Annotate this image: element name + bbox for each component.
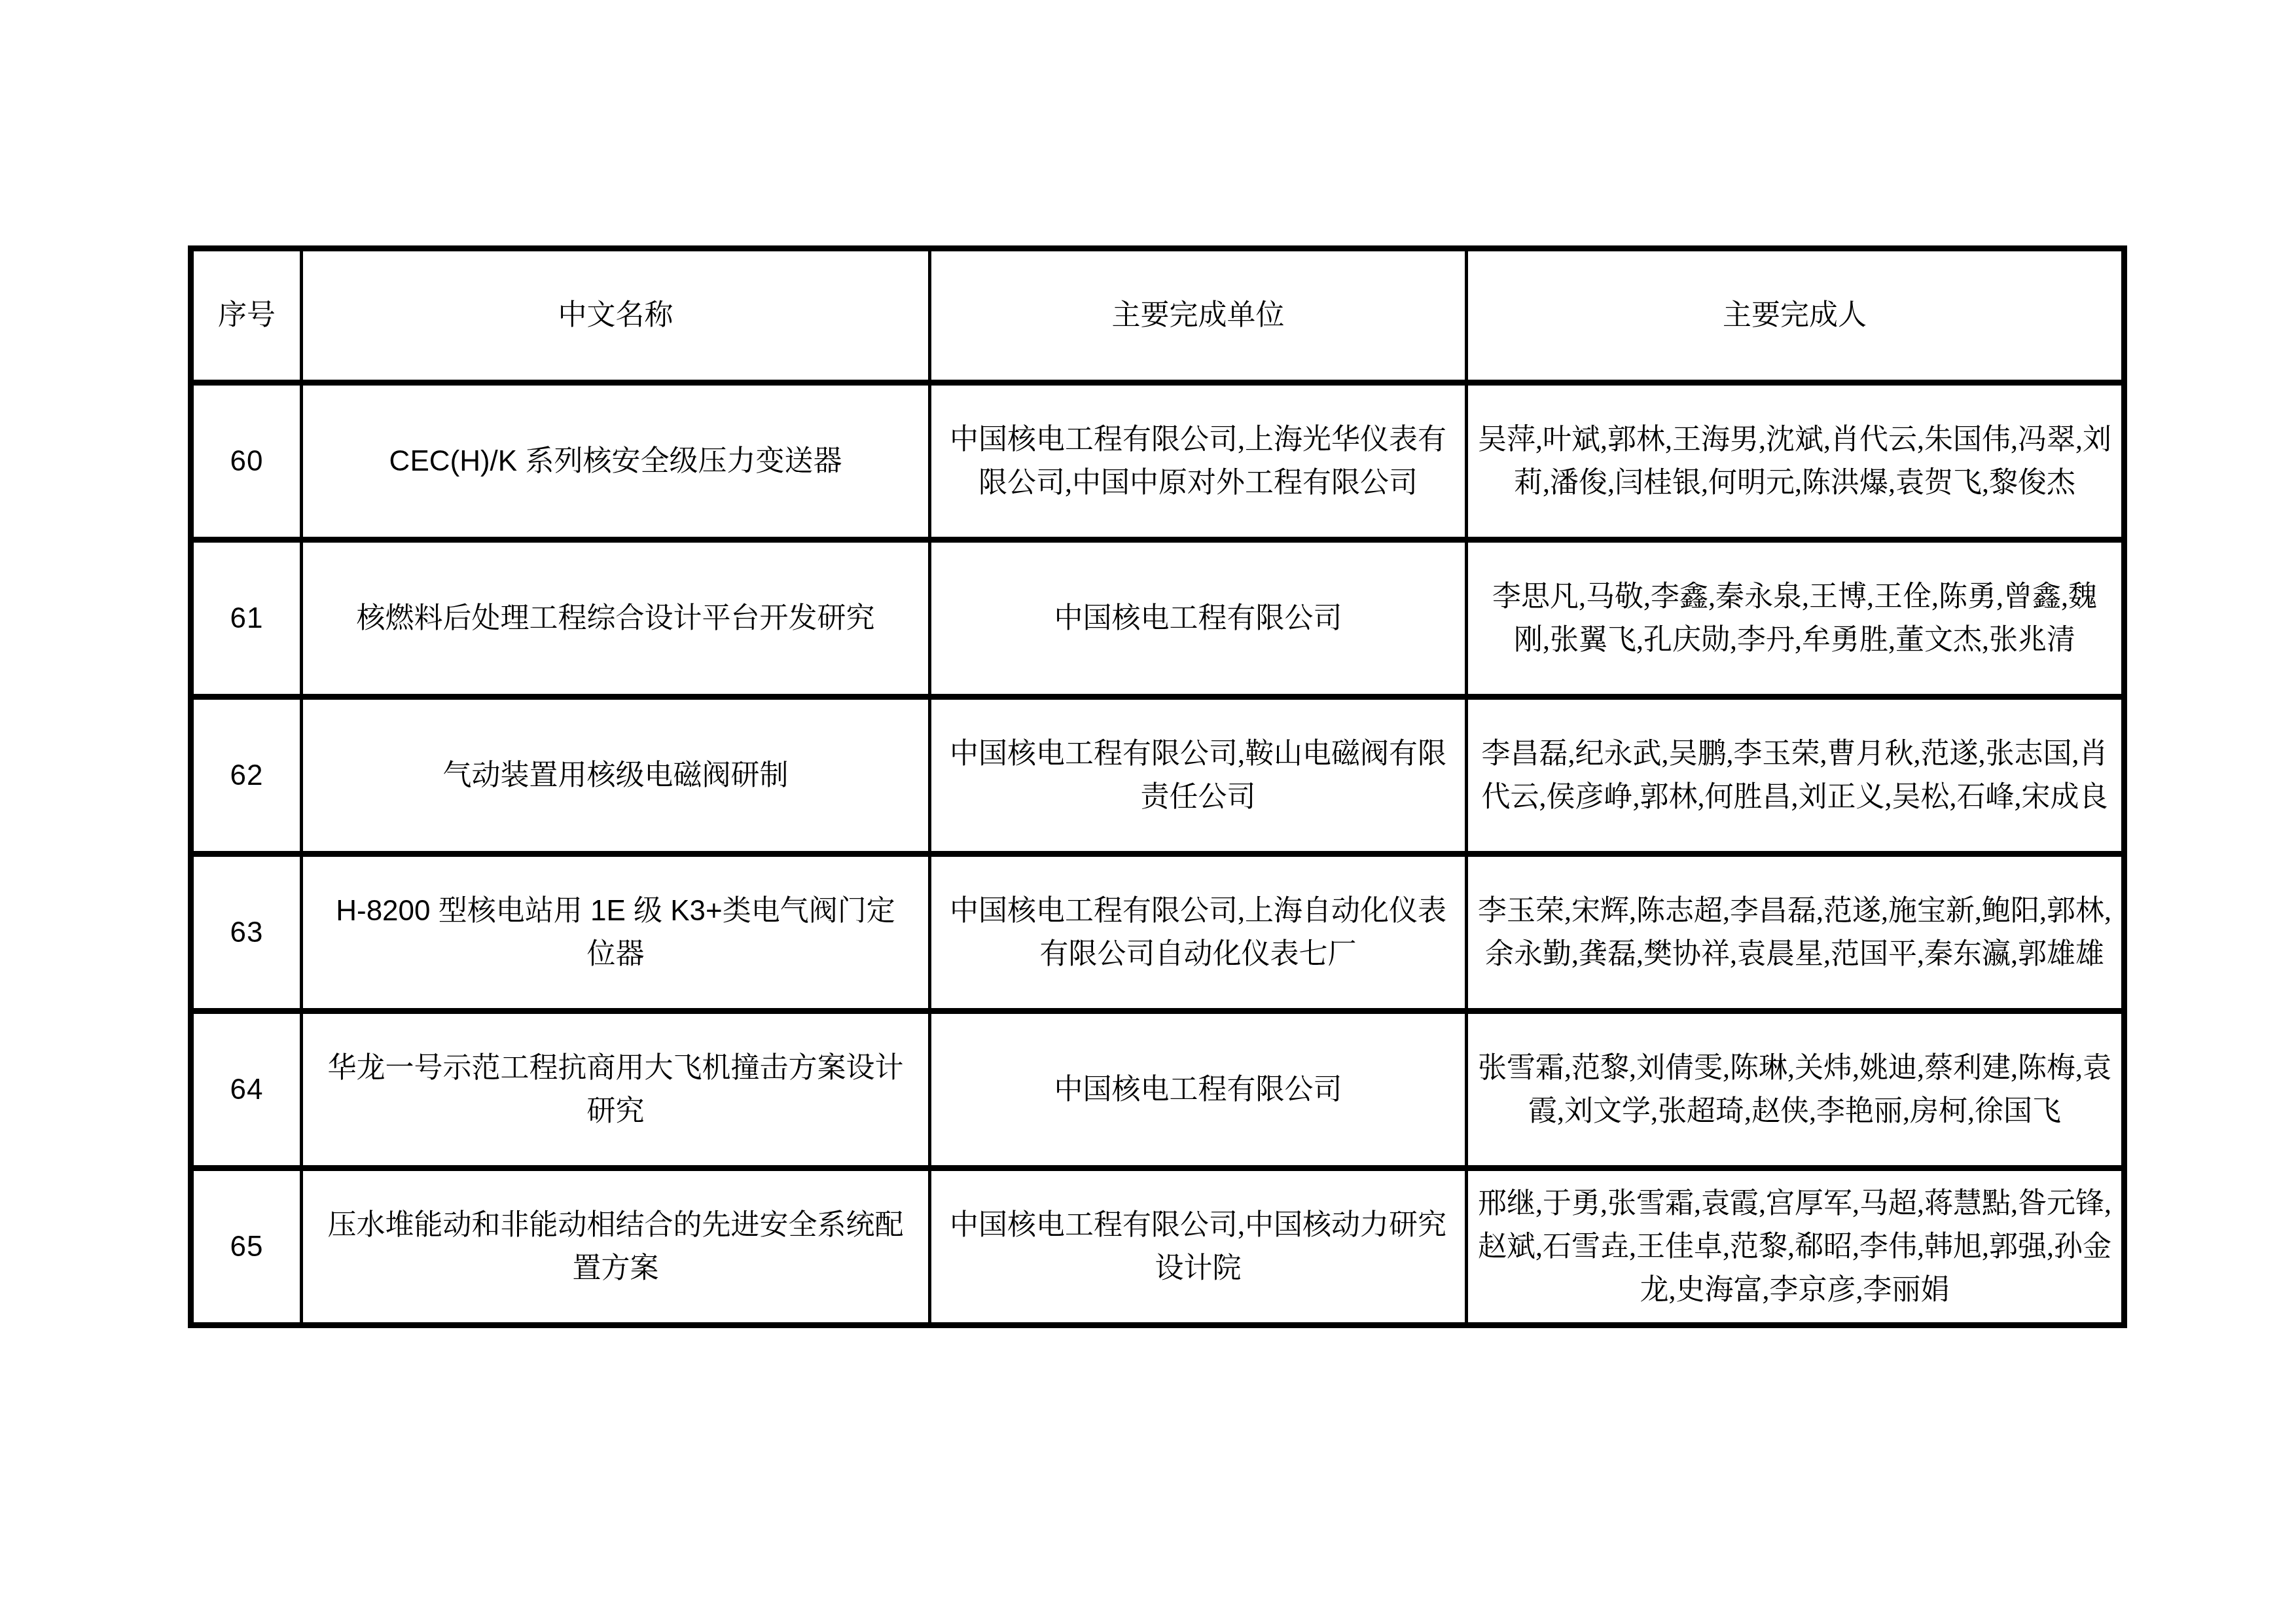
cell-no: 63 [191, 854, 302, 1011]
cell-name: 核燃料后处理工程综合设计平台开发研究 [302, 540, 930, 697]
cell-no: 62 [191, 697, 302, 854]
cell-units: 中国核电工程有限公司,鞍山电磁阀有限责任公司 [930, 697, 1467, 854]
header-cell-no: 序号 [191, 249, 302, 383]
cell-name: 华龙一号示范工程抗商用大飞机撞击方案设计研究 [302, 1011, 930, 1168]
cell-no: 61 [191, 540, 302, 697]
cell-no: 65 [191, 1168, 302, 1326]
table-row: 61 核燃料后处理工程综合设计平台开发研究 中国核电工程有限公司 李思凡,马敬,… [191, 540, 2125, 697]
cell-units: 中国核电工程有限公司 [930, 540, 1467, 697]
table-row: 60 CEC(H)/K 系列核安全级压力变送器 中国核电工程有限公司,上海光华仪… [191, 383, 2125, 540]
awards-table: 序号 中文名称 主要完成单位 主要完成人 60 CEC(H)/K 系列核安全级压… [188, 245, 2127, 1328]
table-row: 64 华龙一号示范工程抗商用大飞机撞击方案设计研究 中国核电工程有限公司 张雪霜… [191, 1011, 2125, 1168]
cell-units: 中国核电工程有限公司,中国核动力研究设计院 [930, 1168, 1467, 1326]
table-row: 62 气动装置用核级电磁阀研制 中国核电工程有限公司,鞍山电磁阀有限责任公司 李… [191, 697, 2125, 854]
cell-people: 张雪霜,范黎,刘倩雯,陈琳,关炜,姚迪,蔡利建,陈梅,袁霞,刘文学,张超琦,赵侠… [1467, 1011, 2125, 1168]
cell-units: 中国核电工程有限公司,上海光华仪表有限公司,中国中原对外工程有限公司 [930, 383, 1467, 540]
cell-no: 60 [191, 383, 302, 540]
cell-units: 中国核电工程有限公司,上海自动化仪表有限公司自动化仪表七厂 [930, 854, 1467, 1011]
table-header-row: 序号 中文名称 主要完成单位 主要完成人 [191, 249, 2125, 383]
cell-name: 气动装置用核级电磁阀研制 [302, 697, 930, 854]
cell-people: 李玉荣,宋辉,陈志超,李昌磊,范遂,施宝新,鲍阳,郭林,余永勤,龚磊,樊协祥,袁… [1467, 854, 2125, 1011]
cell-name: CEC(H)/K 系列核安全级压力变送器 [302, 383, 930, 540]
cell-name: 压水堆能动和非能动相结合的先进安全系统配置方案 [302, 1168, 930, 1326]
cell-no: 64 [191, 1011, 302, 1168]
document-page: 序号 中文名称 主要完成单位 主要完成人 60 CEC(H)/K 系列核安全级压… [0, 0, 2296, 1624]
cell-people: 李昌磊,纪永武,吴鹏,李玉荣,曹月秋,范遂,张志国,肖代云,侯彦峥,郭林,何胜昌… [1467, 697, 2125, 854]
table-row: 65 压水堆能动和非能动相结合的先进安全系统配置方案 中国核电工程有限公司,中国… [191, 1168, 2125, 1326]
cell-people: 李思凡,马敬,李鑫,秦永泉,王博,王佺,陈勇,曾鑫,魏刚,张翼飞,孔庆勋,李丹,… [1467, 540, 2125, 697]
header-cell-people: 主要完成人 [1467, 249, 2125, 383]
header-cell-units: 主要完成单位 [930, 249, 1467, 383]
cell-units: 中国核电工程有限公司 [930, 1011, 1467, 1168]
cell-name: H-8200 型核电站用 1E 级 K3+类电气阀门定位器 [302, 854, 930, 1011]
cell-people: 吴萍,叶斌,郭林,王海男,沈斌,肖代云,朱国伟,冯翠,刘莉,潘俊,闫桂银,何明元… [1467, 383, 2125, 540]
cell-people: 邢继,于勇,张雪霜,袁霞,宫厚军,马超,蒋慧點,昝元锋,赵斌,石雪垚,王佳卓,范… [1467, 1168, 2125, 1326]
header-cell-name: 中文名称 [302, 249, 930, 383]
table-row: 63 H-8200 型核电站用 1E 级 K3+类电气阀门定位器 中国核电工程有… [191, 854, 2125, 1011]
